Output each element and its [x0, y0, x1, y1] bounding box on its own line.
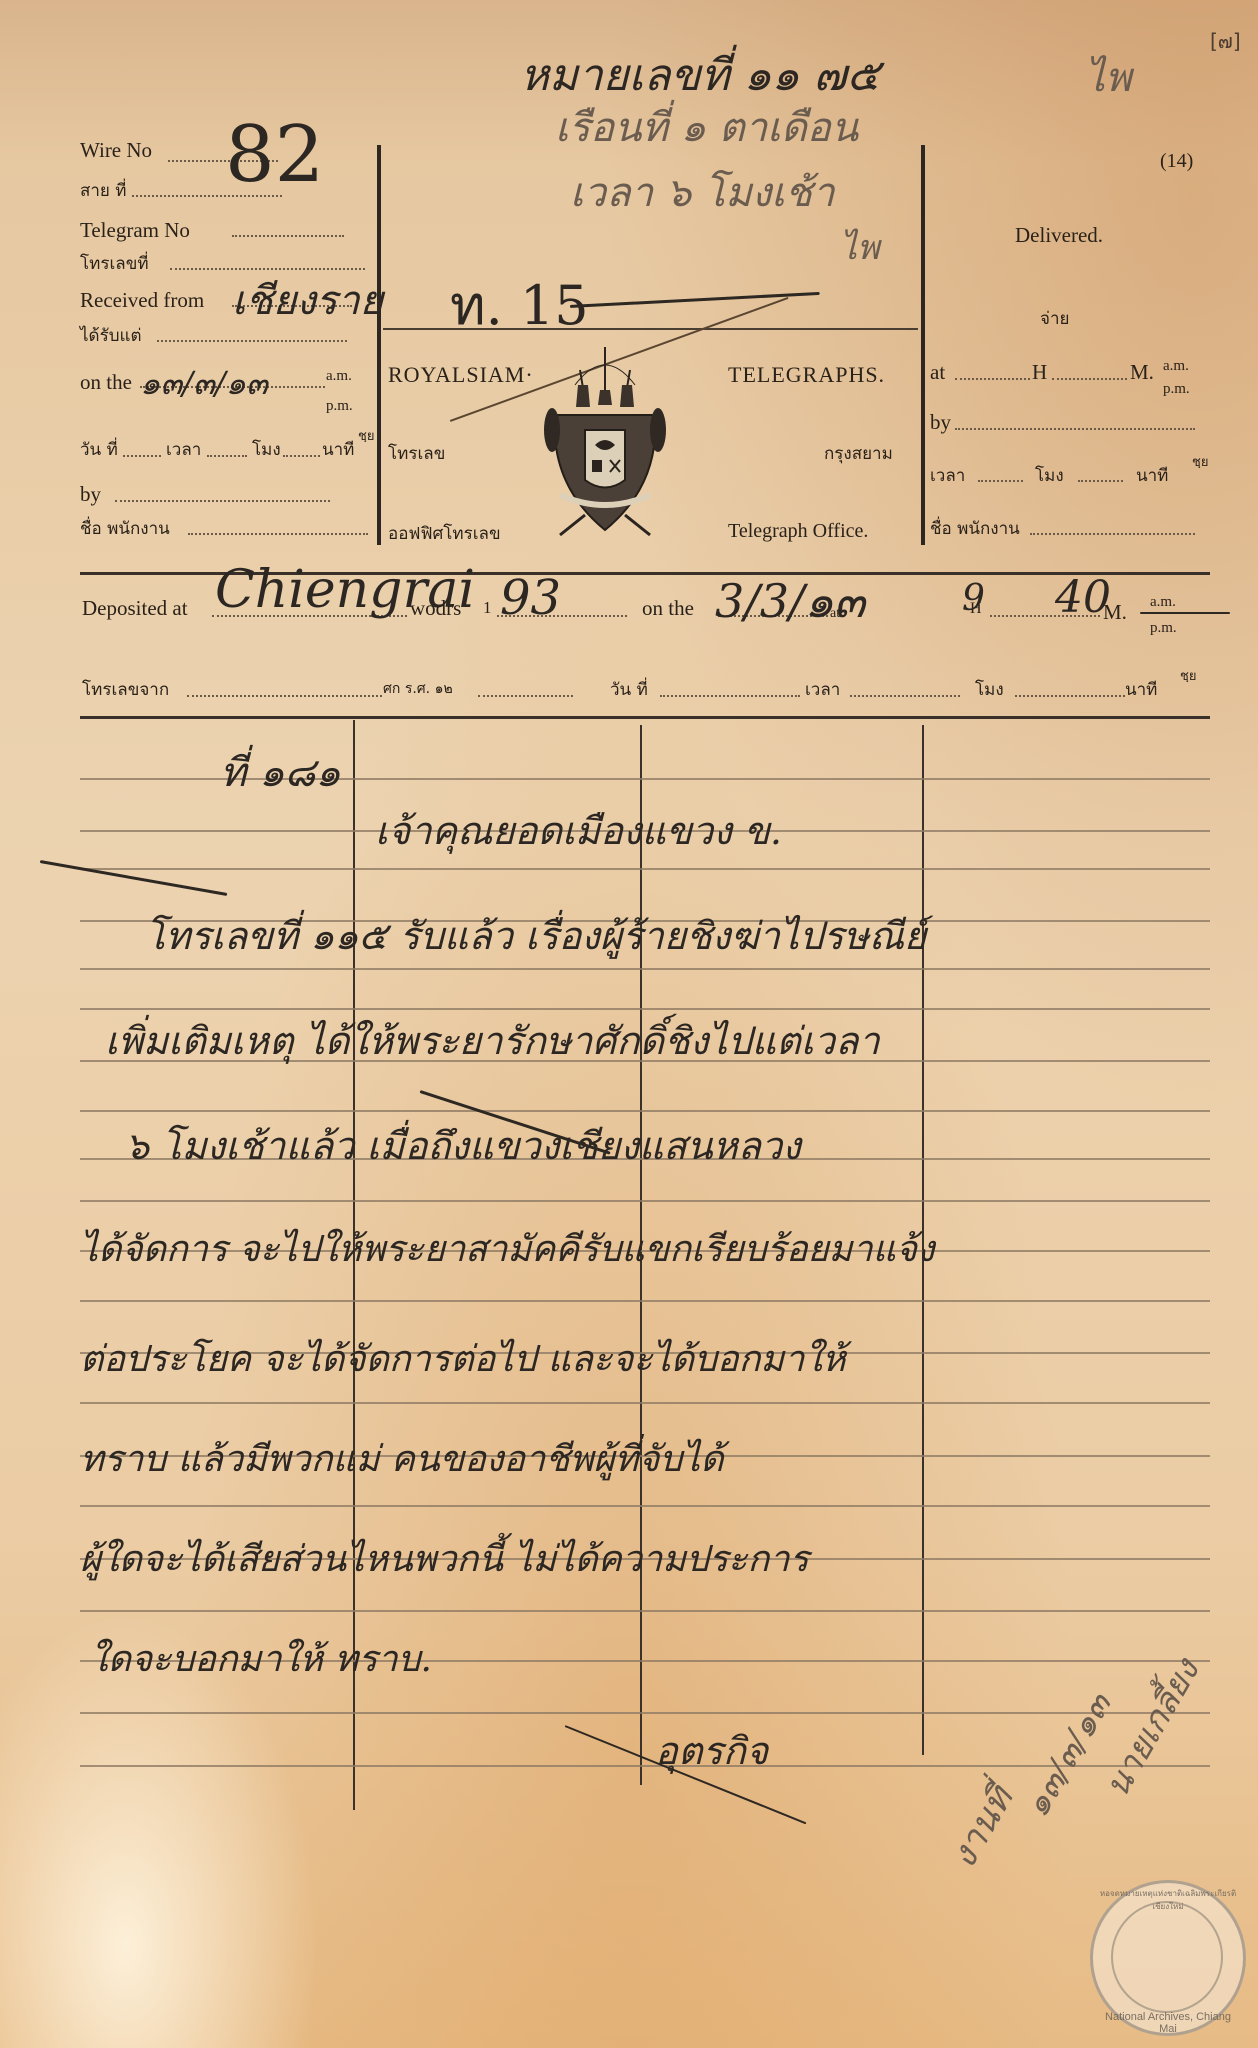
- stamp-text-bottom: National Archives, Chiang Mai: [1099, 2011, 1237, 2035]
- words-label: wodrs: [410, 596, 461, 621]
- deposit-at-label: at: [830, 606, 840, 622]
- ruled-line: [80, 1402, 1210, 1404]
- thai-row-bottom-rule: [80, 716, 1210, 719]
- royal-crest-icon: [540, 345, 670, 545]
- delivered-label: Delivered.: [1015, 223, 1103, 248]
- on-the-label: on the: [80, 370, 132, 395]
- deposit-m-label: M.: [1103, 600, 1127, 625]
- delivered-am: a.m.: [1163, 358, 1189, 375]
- message-line-3: โทรเลขที่ ๑๑๕ รับแล้ว เรื่องผู้ร้ายชิงฆ่…: [145, 905, 926, 966]
- loop-stroke: [40, 860, 228, 896]
- message-line-4: เพิ่มเติมเหตุ ได้ให้พระยารักษาศักดิ์ชิงไ…: [105, 1010, 880, 1071]
- received-from-label: Received from: [80, 288, 204, 313]
- delivered-hour-thai: โมง: [1035, 462, 1064, 489]
- ruled-line: [80, 1712, 1210, 1714]
- corner-note: ไพ: [1085, 45, 1131, 109]
- wire-no-label: Wire No: [80, 138, 152, 163]
- message-line-8: ทราบ แล้วมีพวกแม่ คนของอาชีพผู้ที่จับได้: [80, 1430, 724, 1487]
- ruled-line: [80, 1110, 1210, 1112]
- title-royal-siam: ROYALSIAM·: [388, 362, 534, 388]
- archive-mark: [๗]: [1210, 25, 1241, 57]
- delivered-time-field: [978, 480, 1023, 482]
- am-label: a.m.: [326, 368, 352, 385]
- thai-date-hour: โมง: [252, 436, 281, 463]
- office-thai-label: ออฟฟิศโทรเลข: [388, 520, 501, 547]
- delivered-time-thai: เวลา: [930, 462, 965, 489]
- pm-label: p.m.: [326, 398, 353, 415]
- thai-date-day: วัน ที่: [80, 436, 118, 463]
- header-divider-left: [377, 145, 381, 545]
- message-line-7: ต่อประโยค จะได้จัดการต่อไป และจะได้บอกมา…: [80, 1330, 846, 1387]
- delivered-by-label: by: [930, 410, 951, 435]
- thai-day-label: วัน ที่: [610, 676, 648, 703]
- received-from-value: เชียงราย: [232, 268, 383, 332]
- deposit-on-the-label: on the: [642, 596, 694, 621]
- page-number: (14): [1160, 150, 1193, 173]
- staff-thai: ชื่อ พนักงาน: [80, 515, 170, 542]
- message-line-2: เจ้าคุณยอดเมืองแขวง ข.: [375, 800, 782, 861]
- annotation-line-3: เวลา ๖ โมงเช้า: [570, 160, 835, 224]
- message-line-10: ใดจะบอกมาให้ ทราบ.: [90, 1630, 432, 1687]
- thai-year-field: [478, 695, 573, 697]
- thai-minute-label: นาที: [1125, 676, 1157, 703]
- delivered-thai: จ่าย: [1040, 305, 1069, 332]
- thai-suffix: ชฺย: [1180, 670, 1192, 683]
- wire-no-value: 82: [225, 110, 324, 200]
- day-field: [123, 455, 161, 457]
- words-value: 93: [500, 570, 561, 626]
- annotation-line-4: ไพ: [840, 220, 880, 274]
- thai-date-time: เวลา: [166, 436, 201, 463]
- ruled-line: [80, 868, 1210, 870]
- deposit-strike: [1140, 612, 1230, 614]
- telegram-no-field: [232, 235, 344, 237]
- annotation-line-2: เรือนที่ ๑ ตาเดือน: [555, 95, 858, 159]
- telegram-no-label: Telegram No: [80, 218, 190, 243]
- ruled-line: [80, 968, 1210, 970]
- staff-field: [188, 533, 368, 535]
- message-line-1: ที่ ๑๘๑: [220, 740, 341, 804]
- margin-note-1: งานที่: [935, 1775, 1027, 1878]
- message-line-5: ๖ โมงเช้าแล้ว เมื่อถึงแขวงเชียงแสนหลวง: [125, 1115, 801, 1176]
- thai-telegraph-label: โทรเลข: [388, 440, 445, 467]
- delivered-pm: p.m.: [1163, 381, 1190, 398]
- ruled-line: [80, 1505, 1210, 1507]
- delivered-suffix: ชฺย: [1192, 456, 1204, 469]
- ruled-line: [80, 1610, 1210, 1612]
- header-divider-right: [921, 145, 925, 545]
- hour-field: [283, 455, 320, 457]
- delivered-h-label: H: [1032, 360, 1047, 385]
- delivered-staff-field: [1030, 533, 1195, 535]
- thai-bangkok-label: กรุงสยาม: [824, 440, 893, 467]
- deposit-h-value: 9: [962, 578, 985, 619]
- wire-no-thai-field: [132, 195, 282, 197]
- received-from-thai: ได้รับแต่: [80, 322, 142, 349]
- thai-from-label: โทรเลขจาก: [82, 676, 169, 703]
- delivered-staff-thai: ชื่อ พนักงาน: [930, 515, 1020, 542]
- delivered-at-field: [955, 378, 1030, 380]
- thai-day-field: [660, 695, 800, 697]
- message-line-6: ได้จัดการ จะไปให้พระยาสามัคคีรับแขกเรียบ…: [80, 1220, 935, 1277]
- time-field: [207, 455, 247, 457]
- delivered-minute-thai: นาที: [1136, 462, 1168, 489]
- thai-year-label: ศก ร.ศ. ๑๒: [383, 678, 453, 700]
- delivered-at-label: at: [930, 360, 945, 385]
- delivered-hour-field: [1078, 480, 1123, 482]
- deposit-pm: p.m.: [1150, 620, 1177, 637]
- thai-time-field: [850, 695, 960, 697]
- stamp-text-top: หอจดหมายเหตุแห่งชาติเฉลิมพระเกียรติ เชีย…: [1099, 1887, 1237, 1913]
- deposited-at-label: Deposited at: [82, 596, 188, 621]
- wire-no-thai: สาย ที่: [80, 177, 127, 204]
- by-label: by: [80, 482, 101, 507]
- ruled-line: [80, 1300, 1210, 1302]
- deposit-am: a.m.: [1150, 594, 1176, 611]
- archive-stamp-icon: หอจดหมายเหตุแห่งชาติเฉลิมพระเกียรติ เชีย…: [1090, 1880, 1246, 2036]
- delivered-h-field: [1052, 378, 1127, 380]
- thai-hour-field: [1015, 695, 1125, 697]
- deposit-date-value: 3/3/๑๓: [715, 565, 865, 638]
- ruled-line: [80, 1200, 1210, 1202]
- received-from-thai-field: [157, 340, 347, 342]
- thai-date-suffix: ชฺย: [358, 430, 370, 443]
- delivered-by-field: [955, 428, 1195, 430]
- by-field: [115, 500, 330, 502]
- telegram-no-thai: โทรเลขที่: [80, 250, 149, 277]
- thai-date-minute: นาที: [322, 436, 354, 463]
- office-en-label: Telegraph Office.: [728, 520, 868, 543]
- thai-time-label: เวลา: [805, 676, 840, 703]
- handwritten-number: ท. 15: [450, 262, 589, 348]
- thai-from-field: [187, 695, 382, 697]
- message-signature: อุตรกิจ: [655, 1720, 768, 1781]
- title-telegraphs: TELEGRAPHS.: [728, 362, 885, 388]
- words-prefix: 1: [483, 598, 492, 618]
- on-the-value: ๑๓/๓/๑๓: [140, 358, 268, 409]
- thai-hour-label: โมง: [975, 676, 1004, 703]
- stamp-inner-ring: [1111, 1901, 1223, 2013]
- message-line-9: ผู้ใดจะได้เสียส่วนไหนพวกนี้ ไม่ได้ความปร…: [80, 1530, 809, 1587]
- delivered-m-label: M.: [1130, 360, 1154, 385]
